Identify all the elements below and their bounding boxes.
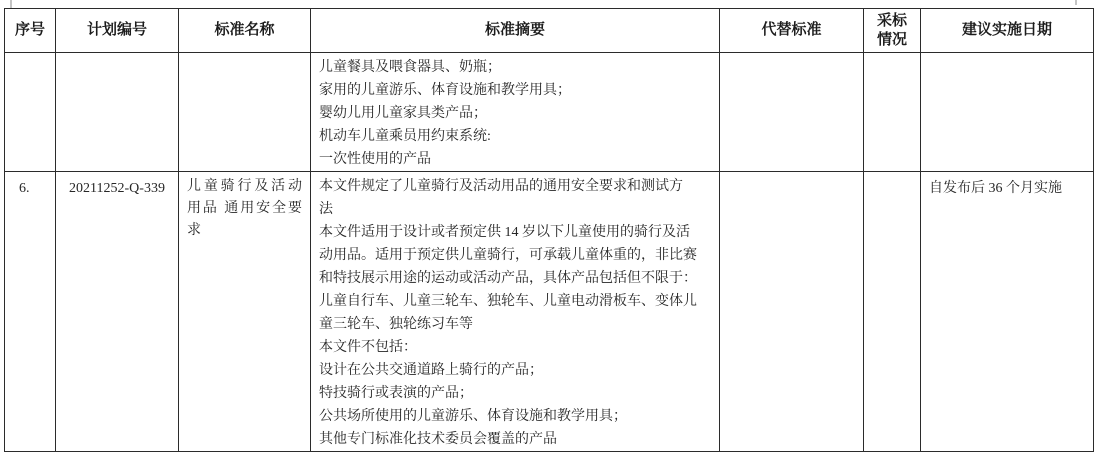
adoption-status-cell	[864, 172, 921, 452]
header-col-replaced-standard: 代替标准	[720, 9, 864, 53]
plan-number-value	[56, 53, 178, 58]
header-col-standard-summary: 标准摘要	[311, 9, 720, 53]
serial-value	[5, 53, 55, 58]
plan-number-cell	[56, 53, 179, 172]
page-scan-artifact-right	[1075, 0, 1077, 5]
standard-summary-cell: 本文件规定了儿童骑行及活动用品的通用安全要求和测试方法本文件适用于设计或者预定供…	[311, 172, 720, 452]
implementation-date-cell	[921, 53, 1094, 172]
implementation-date-value: 自发布后 36 个月实施	[921, 172, 1093, 200]
standard-summary-text: 儿童餐具及喂食器具、奶瓶；家用的儿童游乐、体育设施和教学用具；婴幼儿用儿童家具类…	[311, 53, 719, 171]
standard-summary-text: 本文件规定了儿童骑行及活动用品的通用安全要求和测试方法本文件适用于设计或者预定供…	[311, 172, 719, 451]
plan-number-cell: 20211252-Q-339	[56, 172, 179, 452]
implementation-date-value	[921, 53, 1093, 58]
replaced-standard-cell	[720, 172, 864, 452]
standard-name-cell	[179, 53, 311, 172]
header-col-plan-number: 计划编号	[56, 9, 179, 53]
standard-name-value: 儿童骑行及活动用品 通用安全要求	[179, 172, 310, 242]
implementation-date-cell: 自发布后 36 个月实施	[921, 172, 1094, 452]
replaced-standard-value	[720, 172, 863, 175]
header-col-standard-name: 标准名称	[179, 9, 311, 53]
header-adoption-status-label: 采标情况	[875, 12, 909, 50]
serial-cell	[5, 53, 56, 172]
table-row: 6. 20211252-Q-339 儿童骑行及活动用品 通用安全要求 本文件规定…	[5, 172, 1094, 452]
serial-cell: 6.	[5, 172, 56, 452]
table-row: 儿童餐具及喂食器具、奶瓶；家用的儿童游乐、体育设施和教学用具；婴幼儿用儿童家具类…	[5, 53, 1094, 172]
standards-plan-table: 序号 计划编号 标准名称 标准摘要 代替标准 采标情况 建议实施日期 儿童餐具及…	[4, 8, 1094, 452]
standard-summary-cell: 儿童餐具及喂食器具、奶瓶；家用的儿童游乐、体育设施和教学用具；婴幼儿用儿童家具类…	[311, 53, 720, 172]
adoption-status-value	[864, 53, 920, 56]
serial-value: 6.	[5, 172, 55, 200]
header-col-serial: 序号	[5, 9, 56, 53]
replaced-standard-value	[720, 53, 863, 56]
replaced-standard-cell	[720, 53, 864, 172]
standard-name-cell: 儿童骑行及活动用品 通用安全要求	[179, 172, 311, 452]
standard-name-value	[179, 53, 310, 57]
adoption-status-cell	[864, 53, 921, 172]
table-header-row: 序号 计划编号 标准名称 标准摘要 代替标准 采标情况 建议实施日期	[5, 9, 1094, 53]
plan-number-value: 20211252-Q-339	[56, 172, 178, 200]
header-col-implementation-date: 建议实施日期	[921, 9, 1094, 53]
page-scan-artifact-left	[10, 0, 12, 8]
header-col-adoption-status: 采标情况	[864, 9, 921, 53]
adoption-status-value	[864, 172, 920, 175]
